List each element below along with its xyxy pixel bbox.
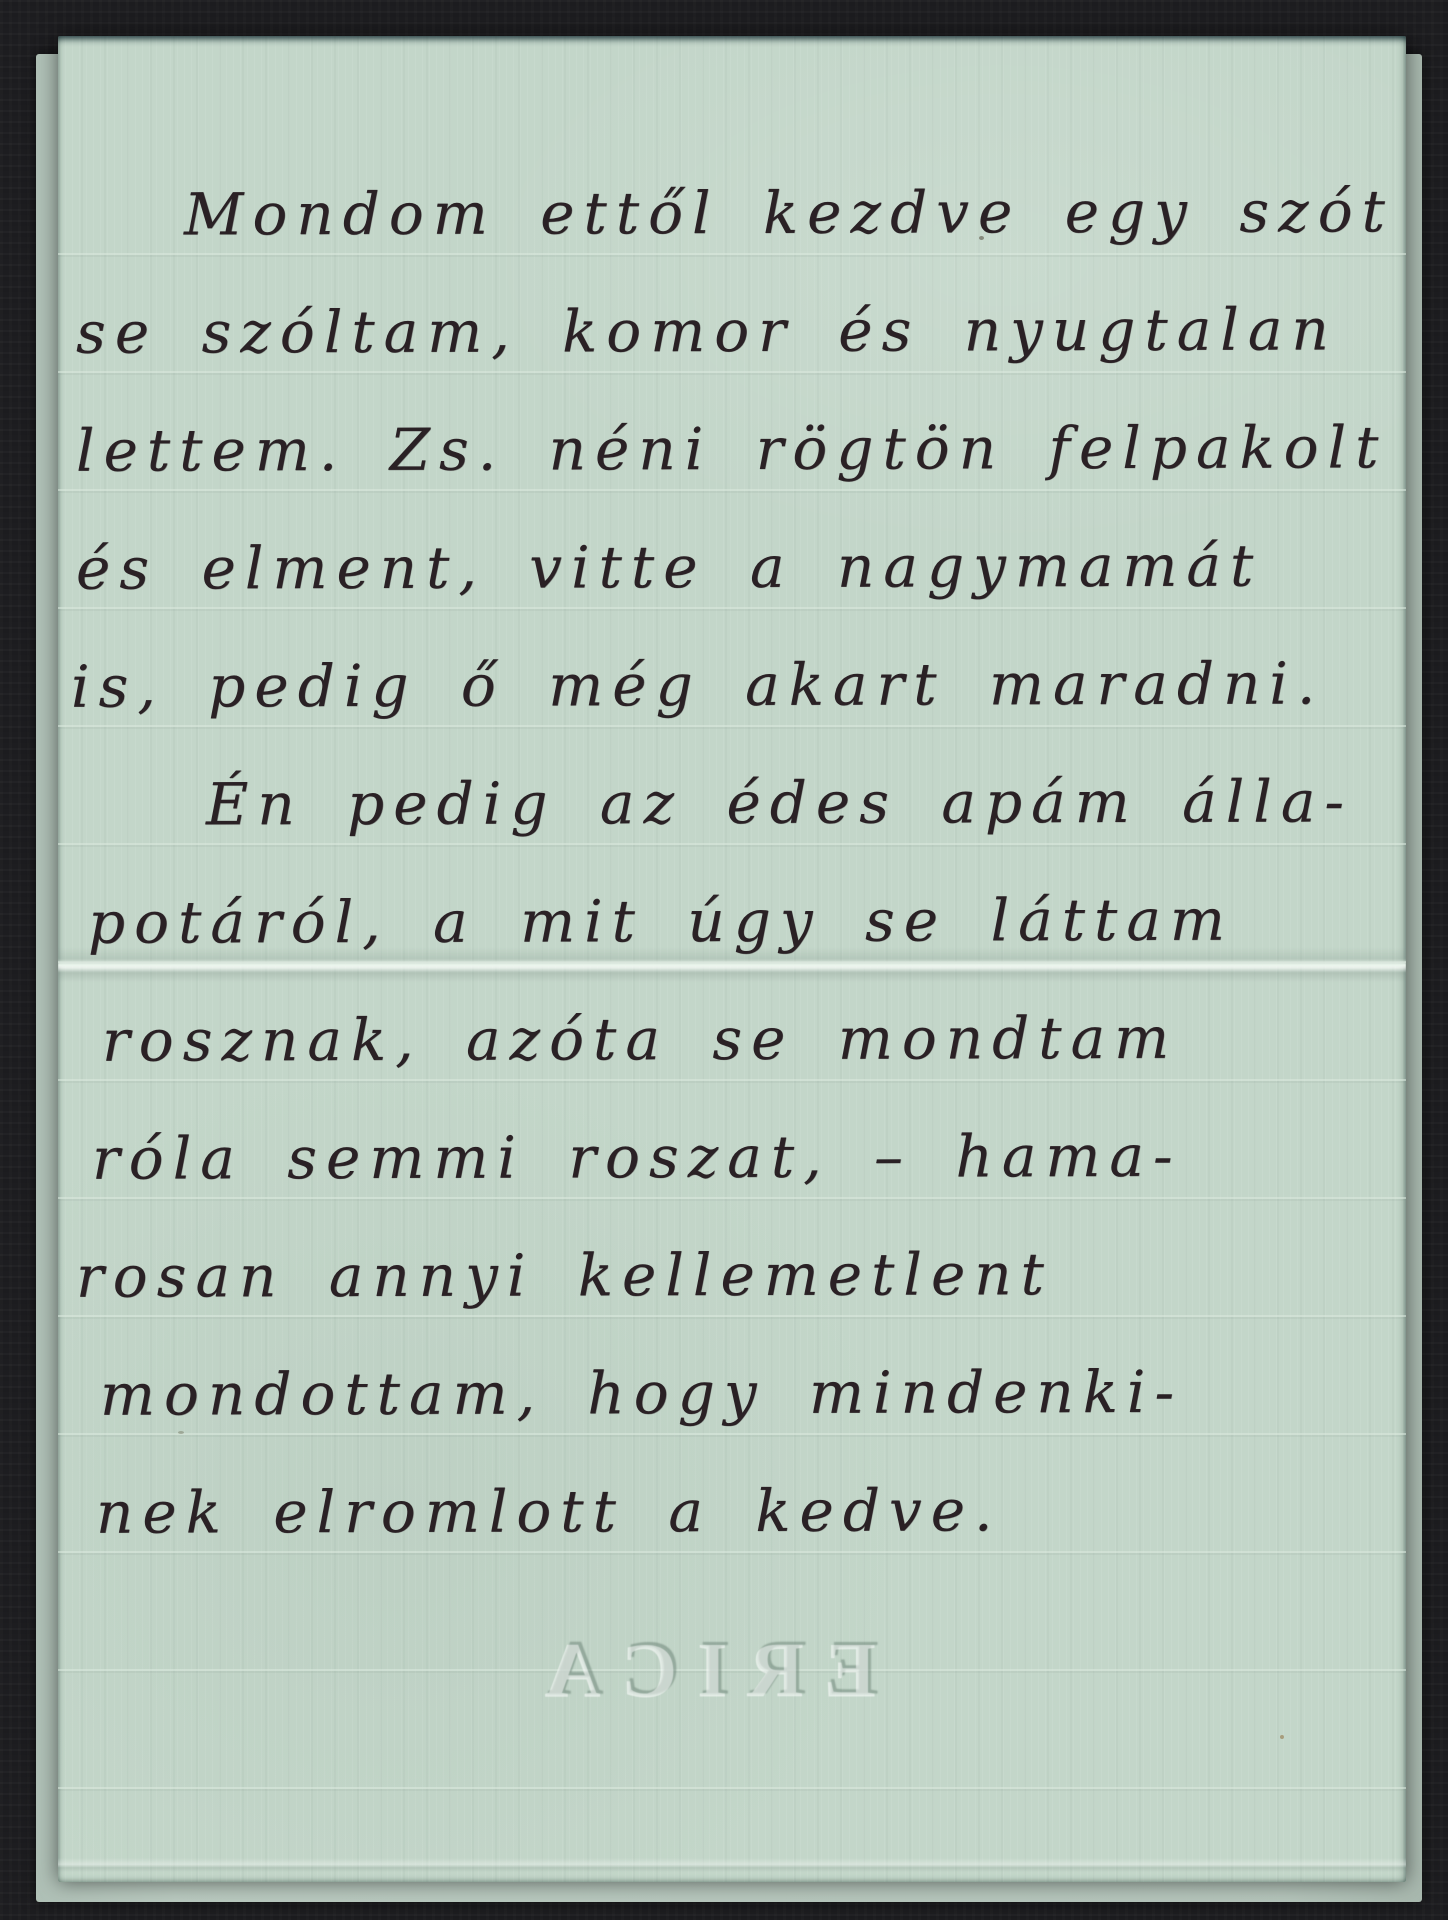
handwritten-line-11: mondottam, hogy mindenki-	[100, 1332, 1406, 1453]
erica-embossed-watermark: ERICA	[526, 1624, 877, 1714]
fold-crease-lower	[58, 1858, 1406, 1872]
handwritten-line-1: Mondom ettől kezdve egy szót	[76, 152, 1406, 273]
handwritten-line-2: se szóltam, komor és nyugtalan	[76, 270, 1406, 391]
handwritten-line-9: róla semmi roszat, – hama-	[92, 1096, 1406, 1217]
handwritten-line-6: Én pedig az édes apám álla-	[76, 742, 1406, 863]
handwritten-line-12: nek elromlott a kedve.	[96, 1450, 1406, 1571]
paper-speck	[1280, 1735, 1284, 1739]
handwritten-line-8: rosznak, azóta se mondtam	[102, 978, 1406, 1099]
scan-background: { "colors": { "background": "#1d1d20", "…	[0, 0, 1448, 1920]
handwritten-line-5: is, pedig ő még akart maradni.	[71, 624, 1406, 745]
handwritten-line-7: potáról, a mit úgy se láttam	[88, 860, 1406, 981]
handwritten-line-10: rosan annyi kellemetlent	[76, 1214, 1406, 1335]
letter-page: Mondom ettől kezdve egy szót se szóltam,…	[58, 36, 1406, 1882]
paper-speck	[979, 236, 984, 240]
paper-speck	[178, 1431, 184, 1434]
handwritten-line-4: és elment, vitte a nagymamát	[76, 506, 1406, 627]
handwritten-text-block: Mondom ettől kezdve egy szót se szóltam,…	[76, 154, 1406, 1570]
handwritten-line-3: lettem. Zs. néni rögtön felpakolt	[76, 388, 1406, 509]
